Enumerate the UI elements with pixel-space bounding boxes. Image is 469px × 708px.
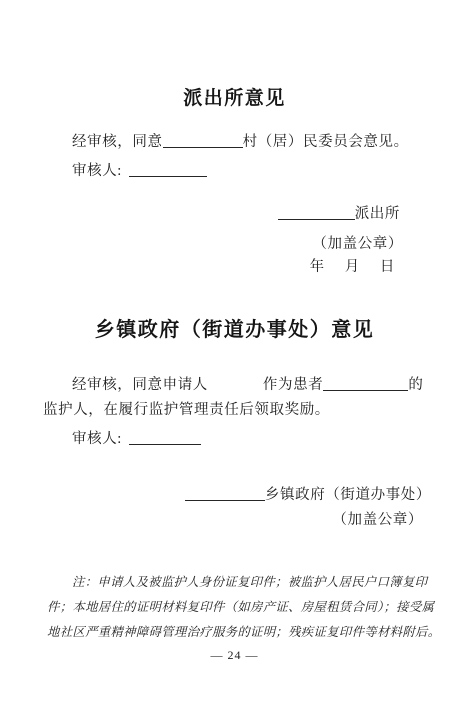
township-label: 乡镇政府（街道办事处） [265,487,431,503]
section1-reviewer-line: 审核人: [72,162,207,181]
section2-seal-note: （加盖公章） [332,511,423,530]
section2-approval-mid: 作为患者 [263,377,323,393]
blank-reviewer-name-field-2 [129,430,201,445]
section2-approval-line2: 监护人，在履行监护管理责任后领取奖励。 [43,401,330,420]
note-line-1: 注：申请人及被监护人身份证复印件；被监护人居民户口簿复印 [72,575,427,589]
section2-reviewer-line: 审核人: [72,430,201,449]
section2-title: 乡镇政府（街道办事处）意见 [0,313,469,342]
section2-approval-prefix: 经审核，同意申请人 [72,377,208,393]
month-label: 月 [345,259,360,275]
section2-signature-line: 乡镇政府（街道办事处） [185,486,431,505]
blank-reviewer-name-field [129,162,207,177]
section1-title: 派出所意见 [0,83,469,110]
section2-approval-suffix: 的 [408,377,423,393]
section1-signature-line: 派出所 [278,205,400,224]
section1-approval-prefix: 经审核，同意 [72,134,163,150]
page-number: — 24 — [0,648,469,663]
note-line-3: 地社区严重精神障碍管理治疗服务的证明；残疾证复印件等材料附后。 [47,625,440,639]
section1-seal-note: （加盖公章） [312,235,403,254]
year-label: 年 [310,259,325,275]
section1-approval-suffix: 村（居）民委员会意见。 [243,134,409,150]
blank-patient-name-field [323,376,408,391]
blank-committee-name-field [163,133,243,148]
section2-reviewer-label: 审核人: [72,431,122,447]
blank-township-name-field [185,486,265,501]
blank-police-station-name-field [278,205,355,220]
section1-date-line: 年月日 [310,258,395,277]
section1-reviewer-label: 审核人: [72,163,122,179]
scanned-form-page: 派出所意见 经审核，同意村（居）民委员会意见。 审核人: 派出所 （加盖公章） … [0,0,469,708]
police-station-label: 派出所 [355,206,400,222]
note-line-2: 件；本地居住的证明材料复印件（如房产证、房屋租赁合同）；接受属 [47,600,434,614]
section1-approval-line: 经审核，同意村（居）民委员会意见。 [72,133,409,152]
section2-approval-line: 经审核，同意申请人作为患者的 [72,376,423,395]
day-label: 日 [380,259,395,275]
